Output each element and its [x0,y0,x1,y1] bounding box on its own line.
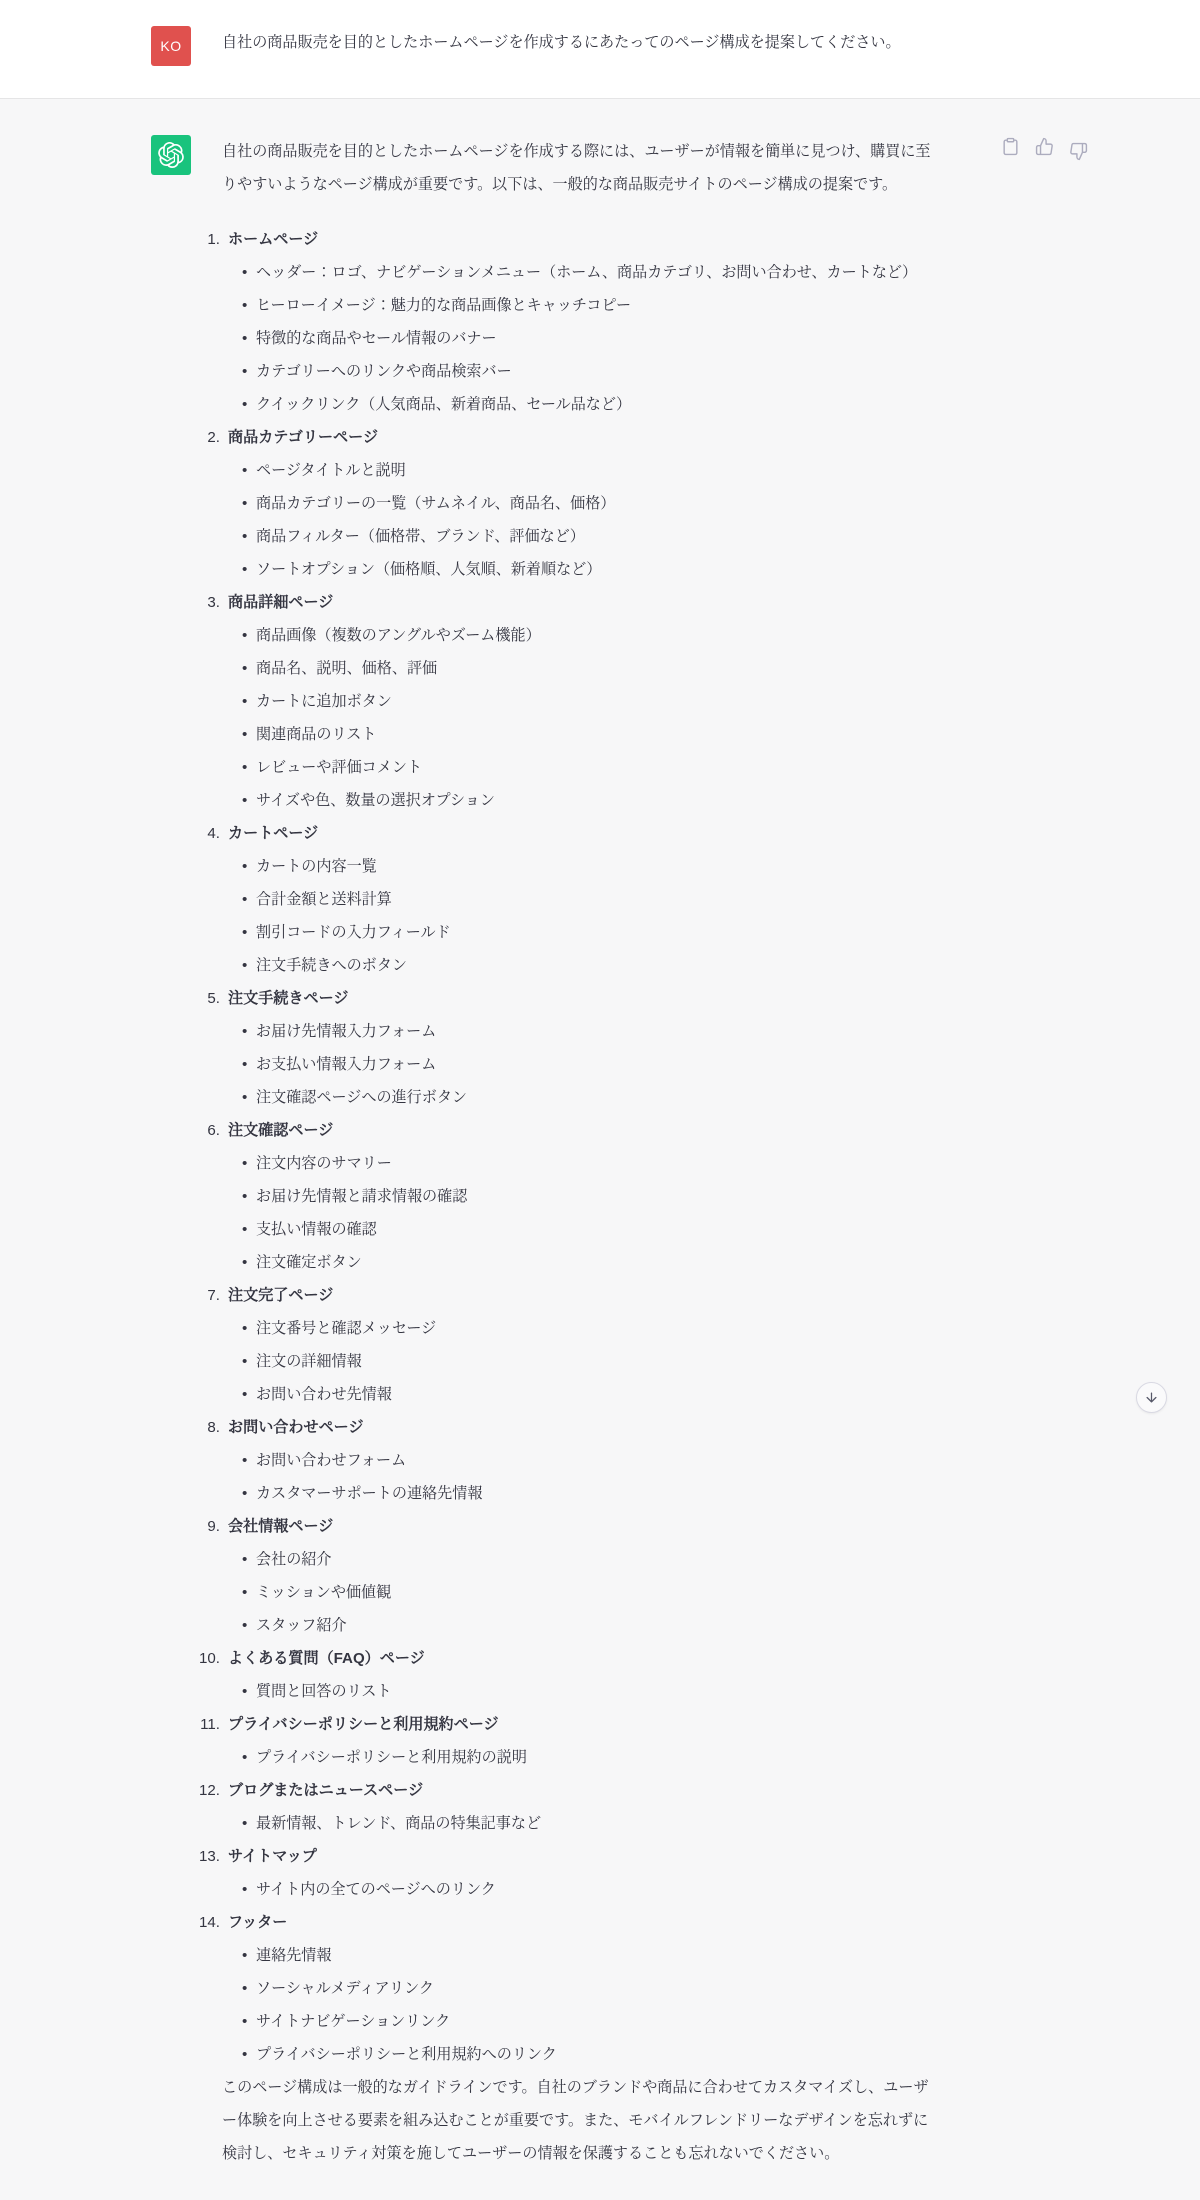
bullet-item: 割引コードの入力フィールド [222,916,940,949]
bullet-item: プライバシーポリシーと利用規約へのリンク [222,2038,940,2071]
list-section: 6.注文確認ページ注文内容のサマリーお届け先情報と請求情報の確認支払い情報の確認… [222,1114,940,1279]
user-avatar: KO [151,26,191,66]
bullet-item: カートに追加ボタン [222,685,940,718]
bullet-item: お届け先情報と請求情報の確認 [222,1180,940,1213]
bullet-item: サイズや色、数量の選択オプション [222,784,940,817]
section-title-text: お問い合わせページ [228,1411,364,1444]
list-section: 8.お問い合わせページお問い合わせフォームカスタマーサポートの連絡先情報 [222,1411,940,1510]
bullet-item: 関連商品のリスト [222,718,940,751]
section-bullets: サイト内の全てのページへのリンク [222,1873,940,1906]
user-message-text: 自社の商品販売を目的としたホームページを作成するにあたってのページ構成を提案して… [222,26,940,59]
section-bullets: 会社の紹介ミッションや価値観スタッフ紹介 [222,1543,940,1642]
section-title: 7.注文完了ページ [222,1279,940,1312]
list-section: 3.商品詳細ページ商品画像（複数のアングルやズーム機能）商品名、説明、価格、評価… [222,586,940,817]
assistant-message-row: 自社の商品販売を目的としたホームページを作成する際には、ユーザーが情報を簡単に見… [0,98,1200,2200]
section-title-text: 商品詳細ページ [228,586,333,619]
section-title: 12.ブログまたはニュースページ [222,1774,940,1807]
section-number: 6. [184,1114,228,1147]
list-section: 14.フッター連絡先情報ソーシャルメディアリンクサイトナビゲーションリンクプライ… [222,1906,940,2071]
list-section: 9.会社情報ページ会社の紹介ミッションや価値観スタッフ紹介 [222,1510,940,1642]
bullet-item: カートの内容一覧 [222,850,940,883]
bullet-item: クイックリンク（人気商品、新着商品、セール品など） [222,388,940,421]
list-section: 10.よくある質問（FAQ）ページ質問と回答のリスト [222,1642,940,1708]
bullet-item: 商品画像（複数のアングルやズーム機能） [222,619,940,652]
section-bullets: お届け先情報入力フォームお支払い情報入力フォーム注文確認ページへの進行ボタン [222,1015,940,1114]
section-title-text: 注文確認ページ [228,1114,333,1147]
bullet-item: 会社の紹介 [222,1543,940,1576]
section-title-text: 商品カテゴリーページ [228,421,378,454]
bullet-item: 商品カテゴリーの一覧（サムネイル、商品名、価格） [222,487,940,520]
section-number: 2. [184,421,228,454]
section-number: 11. [184,1708,228,1741]
section-bullets: お問い合わせフォームカスタマーサポートの連絡先情報 [222,1444,940,1510]
bullet-item: 注文確認ページへの進行ボタン [222,1081,940,1114]
bullet-item: 質問と回答のリスト [222,1675,940,1708]
list-section: 5.注文手続きページお届け先情報入力フォームお支払い情報入力フォーム注文確認ペー… [222,982,940,1114]
section-number: 1. [184,223,228,256]
bullet-item: お届け先情報入力フォーム [222,1015,940,1048]
bullet-item: 支払い情報の確認 [222,1213,940,1246]
thumbs-up-icon [1035,137,1054,156]
openai-logo-icon [158,142,184,168]
section-number: 3. [184,586,228,619]
section-bullets: 注文番号と確認メッセージ注文の詳細情報お問い合わせ先情報 [222,1312,940,1411]
section-number: 5. [184,982,228,1015]
bullet-item: 最新情報、トレンド、商品の特集記事など [222,1807,940,1840]
section-title-text: フッター [228,1906,287,1939]
bullet-item: ページタイトルと説明 [222,454,940,487]
section-number: 14. [184,1906,228,1939]
thumbs-down-button[interactable] [1068,142,1088,162]
bullet-item: レビューや評価コメント [222,751,940,784]
section-bullets: ヘッダー：ロゴ、ナビゲーションメニュー（ホーム、商品カテゴリ、お問い合わせ、カー… [222,256,940,421]
section-bullets: 商品画像（複数のアングルやズーム機能）商品名、説明、価格、評価カートに追加ボタン… [222,619,940,817]
section-title: 3.商品詳細ページ [222,586,940,619]
section-bullets: ページタイトルと説明商品カテゴリーの一覧（サムネイル、商品名、価格）商品フィルタ… [222,454,940,586]
section-title-text: ブログまたはニュースページ [228,1774,423,1807]
bullet-item: 商品名、説明、価格、評価 [222,652,940,685]
section-bullets: 質問と回答のリスト [222,1675,940,1708]
bullet-item: ソーシャルメディアリンク [222,1972,940,2005]
section-bullets: 注文内容のサマリーお届け先情報と請求情報の確認支払い情報の確認注文確定ボタン [222,1147,940,1279]
section-title-text: カートページ [228,817,318,850]
arrow-down-icon [1144,1390,1159,1405]
bullet-item: ミッションや価値観 [222,1576,940,1609]
section-title-text: プライバシーポリシーと利用規約ページ [228,1708,499,1741]
list-section: 12.ブログまたはニュースページ最新情報、トレンド、商品の特集記事など [222,1774,940,1840]
bullet-item: ヒーローイメージ：魅力的な商品画像とキャッチコピー [222,289,940,322]
section-number: 7. [184,1279,228,1312]
section-title: 13.サイトマップ [222,1840,940,1873]
assistant-intro-text: 自社の商品販売を目的としたホームページを作成する際には、ユーザーが情報を簡単に見… [222,135,940,201]
section-title-text: 会社情報ページ [228,1510,333,1543]
list-section: 7.注文完了ページ注文番号と確認メッセージ注文の詳細情報お問い合わせ先情報 [222,1279,940,1411]
bullet-item: お問い合わせフォーム [222,1444,940,1477]
page-structure-list: 1.ホームページヘッダー：ロゴ、ナビゲーションメニュー（ホーム、商品カテゴリ、お… [222,223,940,2071]
section-title: 1.ホームページ [222,223,940,256]
list-section: 1.ホームページヘッダー：ロゴ、ナビゲーションメニュー（ホーム、商品カテゴリ、お… [222,223,940,421]
bullet-item: お問い合わせ先情報 [222,1378,940,1411]
section-number: 13. [184,1840,228,1873]
assistant-outro-text: このページ構成は一般的なガイドラインです。自社のブランドや商品に合わせてカスタマ… [222,2071,940,2170]
message-actions [1000,137,1088,162]
section-title: 14.フッター [222,1906,940,1939]
list-section: 2.商品カテゴリーページページタイトルと説明商品カテゴリーの一覧（サムネイル、商… [222,421,940,586]
bullet-item: スタッフ紹介 [222,1609,940,1642]
clipboard-icon [1001,137,1020,156]
assistant-avatar [151,135,191,175]
section-title: 11.プライバシーポリシーと利用規約ページ [222,1708,940,1741]
bullet-item: お支払い情報入力フォーム [222,1048,940,1081]
section-title-text: サイトマップ [228,1840,317,1873]
user-avatar-initials: KO [160,38,181,54]
copy-button[interactable] [1000,137,1020,157]
bullet-item: 合計金額と送料計算 [222,883,940,916]
section-number: 10. [184,1642,228,1675]
section-title: 5.注文手続きページ [222,982,940,1015]
section-number: 12. [184,1774,228,1807]
bullet-item: 連絡先情報 [222,1939,940,1972]
section-bullets: 最新情報、トレンド、商品の特集記事など [222,1807,940,1840]
bullet-item: 注文の詳細情報 [222,1345,940,1378]
thumbs-up-button[interactable] [1034,137,1054,157]
section-title: 10.よくある質問（FAQ）ページ [222,1642,940,1675]
bullet-item: 注文手続きへのボタン [222,949,940,982]
bullet-item: ヘッダー：ロゴ、ナビゲーションメニュー（ホーム、商品カテゴリ、お問い合わせ、カー… [222,256,940,289]
section-title: 6.注文確認ページ [222,1114,940,1147]
list-section: 4.カートページカートの内容一覧合計金額と送料計算割引コードの入力フィールド注文… [222,817,940,982]
bullet-item: 特徴的な商品やセール情報のバナー [222,322,940,355]
user-message-row: KO 自社の商品販売を目的としたホームページを作成するにあたってのページ構成を提… [0,0,1200,98]
bullet-item: ソートオプション（価格順、人気順、新着順など） [222,553,940,586]
list-section: 13.サイトマップサイト内の全てのページへのリンク [222,1840,940,1906]
bullet-item: 注文番号と確認メッセージ [222,1312,940,1345]
bullet-item: カテゴリーへのリンクや商品検索バー [222,355,940,388]
section-title: 9.会社情報ページ [222,1510,940,1543]
list-section: 11.プライバシーポリシーと利用規約ページプライバシーポリシーと利用規約の説明 [222,1708,940,1774]
section-bullets: 連絡先情報ソーシャルメディアリンクサイトナビゲーションリンクプライバシーポリシー… [222,1939,940,2071]
bullet-item: サイトナビゲーションリンク [222,2005,940,2038]
section-bullets: カートの内容一覧合計金額と送料計算割引コードの入力フィールド注文手続きへのボタン [222,850,940,982]
section-title-text: 注文完了ページ [228,1279,333,1312]
thumbs-down-icon [1069,142,1088,161]
section-number: 4. [184,817,228,850]
bullet-item: 商品フィルター（価格帯、ブランド、評価など） [222,520,940,553]
section-number: 9. [184,1510,228,1543]
section-title: 4.カートページ [222,817,940,850]
bullet-item: 注文内容のサマリー [222,1147,940,1180]
section-title-text: よくある質問（FAQ）ページ [228,1642,425,1675]
section-number: 8. [184,1411,228,1444]
section-bullets: プライバシーポリシーと利用規約の説明 [222,1741,940,1774]
bullet-item: プライバシーポリシーと利用規約の説明 [222,1741,940,1774]
bullet-item: サイト内の全てのページへのリンク [222,1873,940,1906]
chat-thread: KO 自社の商品販売を目的としたホームページを作成するにあたってのページ構成を提… [0,0,1200,2200]
scroll-to-bottom-button[interactable] [1136,1382,1167,1413]
bullet-item: カスタマーサポートの連絡先情報 [222,1477,940,1510]
section-title: 8.お問い合わせページ [222,1411,940,1444]
section-title-text: ホームページ [228,223,318,256]
section-title: 2.商品カテゴリーページ [222,421,940,454]
bullet-item: 注文確定ボタン [222,1246,940,1279]
section-title-text: 注文手続きページ [228,982,348,1015]
